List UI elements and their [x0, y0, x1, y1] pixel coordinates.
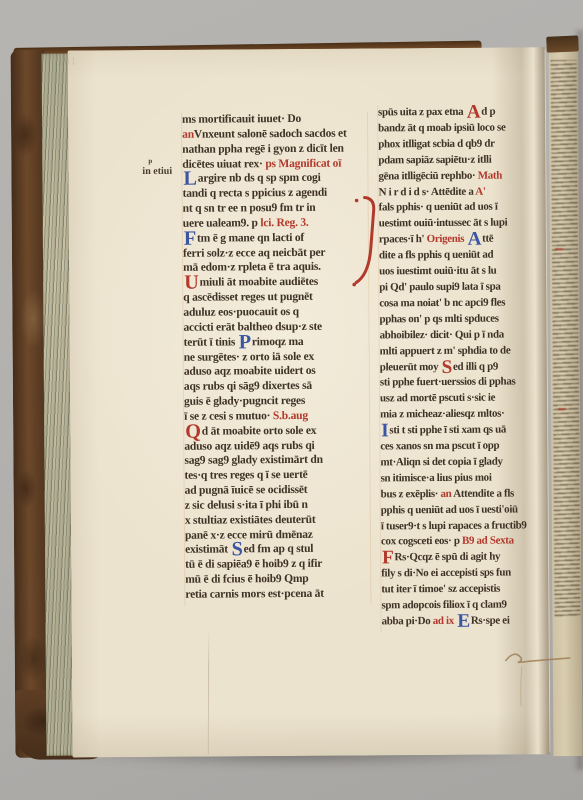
- text-line: FRs·Qcqz ē spū di agit hy: [381, 550, 531, 567]
- right-text-column: spūs uita z pax etna Ad pbandz āt q moab…: [377, 104, 532, 632]
- text-line: accicti erāt baltheo dsup·z ste: [183, 319, 368, 335]
- text-line: retia carnis mors est·pcena āt: [185, 586, 370, 602]
- text-line: aqs rubs qi sāg9 dixertes sā: [184, 379, 369, 395]
- text-line: abba pi·Do ad ix ERs·spe ei: [381, 613, 531, 630]
- text-line: bandz āt q moab ipsiū loco se: [378, 120, 528, 137]
- text-line: ferri solz·z ecce aq neicbāt per: [183, 245, 368, 261]
- text-line: anVnxeunt salonē sadoch sacdos et: [182, 126, 367, 142]
- photo-background: 161 pin etiui ms mortificauit iuuet· Doa…: [0, 0, 583, 800]
- text-line: tes·q tres reges q ī se uertē: [184, 468, 369, 484]
- margin-note-superscript: p: [148, 160, 178, 163]
- text-line: x stultiaz existiātes deuterūt: [185, 512, 370, 528]
- text-line: gēna itlligēciū rephbo· Math: [378, 168, 528, 185]
- text-line: pphis q ueniūt ad uos ī uesti'oiū: [381, 502, 531, 519]
- text-line: fily s di·No ei accepisti sps fun: [381, 566, 531, 583]
- text-line: N i r d i d s· Attēdite a A': [379, 184, 529, 201]
- text-line: guis ē glady·pugncit reges: [184, 393, 369, 409]
- text-line: cosa ma noiat' b nc apci9 fles: [379, 295, 529, 312]
- text-line: existimāt Sed fm ap q stul: [185, 542, 370, 558]
- folio-mark: 161: [57, 55, 77, 68]
- text-line: Umiuli āt moabite audiētes: [183, 275, 368, 291]
- margin-note-text: in etiui: [142, 166, 172, 177]
- parchment-repair-mark: [500, 638, 572, 709]
- text-line: Qd āt moabite orto sole ex: [184, 423, 369, 439]
- text-line: Isti t sti pphe ī sti xam qs uā: [380, 422, 530, 439]
- text-line: nathan ppha regē i gyon z dicīt len: [182, 141, 367, 157]
- text-line: ne surgētes· z orto iā sole ex: [184, 349, 369, 365]
- text-line: aduluz eos·puocauit os q: [183, 304, 368, 320]
- text-line: cox cogsceti eos· p B9 ad Sexta: [381, 534, 531, 551]
- text-line: q ascēdisset reges ut pugnēt: [183, 290, 368, 306]
- text-line: ī se z cesi s mutuo· S.b.aug: [184, 408, 369, 424]
- text-line: pi Qd' paulo supi9 lata ī spa: [379, 279, 529, 296]
- text-line: uos iuestimt ouiū·itu āt s lu: [379, 263, 529, 280]
- text-line: Largire nb ds q sp spm cogi: [182, 171, 367, 187]
- text-line: pphas on' p qs mlti spduces: [379, 311, 529, 328]
- text-line: sti pphe fuert·uerssios di pphas: [380, 375, 530, 392]
- margin-note: pin etiui: [142, 163, 172, 177]
- text-line: mt·Aliqn si det copia ī glady: [380, 454, 530, 471]
- text-line: pdam sapiāz sapiētu·z itlli: [378, 152, 528, 169]
- text-line: bus z exēplis· an Attendite a fls: [381, 486, 531, 503]
- text-line: fals pphis· q ueniūt ad uos ī: [379, 200, 529, 217]
- text-line: spūs uita z pax etna Ad p: [378, 104, 528, 121]
- text-line: ces xanos sn ma pscut ī opp: [380, 438, 530, 455]
- text-line: Ftm ē g mane qn lacti of: [183, 230, 368, 246]
- pen-flourish-initial: [351, 191, 382, 291]
- text-line: sn itimisce·a lius pius moi: [380, 470, 530, 487]
- text-line: sag9 sag9 glady existimārt dn: [184, 453, 369, 469]
- text-line: phox itlligat scbia d qb9 dr: [378, 136, 528, 153]
- text-line: terūt ī tinis Primoqz ma: [184, 334, 369, 350]
- text-line: tut iter ī timoe' sz accepistis: [381, 582, 531, 599]
- text-line: mia z micheaz·aliesqz mltos·: [380, 407, 530, 424]
- text-line: ad pugnā īuicē se ocidissēt: [185, 483, 370, 499]
- text-line: usz ad mortē pscuti s·sic ie: [380, 391, 530, 408]
- text-line: tandi q recta s ppicius z agendi: [183, 186, 368, 202]
- text-line: dicētes uiuat rex· ps Magnificat oī: [182, 156, 367, 172]
- left-text-column: ms mortificauit iuuet· DoanVnxeunt salon…: [181, 111, 371, 605]
- text-line: z sic delusi s·ita ī phi ibū n: [185, 497, 370, 513]
- text-line: mū ē di fcius ē hoib9 Qmp: [185, 572, 370, 588]
- text-line: rpaces·ī h' Origenis Attē: [379, 232, 529, 249]
- text-line: ī tuser9·t s lupi rapaces a fructib9: [381, 518, 531, 535]
- facing-page-rubric-mark: [555, 248, 563, 250]
- text-line: aduso aqz uidē9 aqs rubs qi: [184, 438, 369, 454]
- facing-page-rubric-mark: [558, 408, 566, 410]
- text-line: mā edom·z rpleta ē tra aquis.: [183, 260, 368, 276]
- text-line: ms mortificauit iuuet· Do: [182, 111, 367, 127]
- text-line: aduso aqz moabite uidert os: [184, 364, 369, 380]
- text-line: dite a fls pphis q ueniūt ad: [379, 247, 529, 264]
- facing-page-compressed-text: [551, 60, 581, 618]
- text-line: mlti appuert z m' sphdia to de: [380, 343, 530, 360]
- text-line: panē x·z ecce mirū dmēnaz: [185, 527, 370, 543]
- book: 161 pin etiui ms mortificauit iuuet· Doa…: [0, 0, 583, 800]
- text-line: pleuerūt moy Sed illi q p9: [380, 359, 530, 376]
- text-line: uere ualeam9. p lci. Reg. 3.: [183, 215, 368, 231]
- text-line: abhoibilez· dicit· Qui p ī nda: [380, 327, 530, 344]
- text-line: tū ē di sapiēa9 ē hoib9 z q ifir: [185, 557, 370, 573]
- facing-page-top-edge: [546, 35, 579, 52]
- text-line: nt q sn tr ee n posu9 fm tr in: [183, 201, 368, 217]
- text-line: uestimt ouiū·intussec āt s lupi: [379, 216, 529, 233]
